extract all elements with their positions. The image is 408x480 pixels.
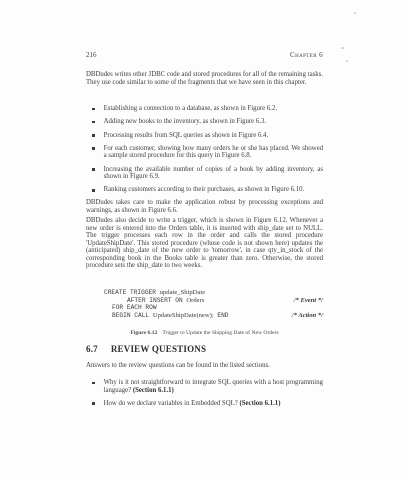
list-item-text: Ranking customers according to their pur…: [104, 186, 323, 194]
code-line: AFTER INSERT ON Orders/* Event */: [86, 297, 323, 305]
section-reference: (Section 6.1.1): [133, 387, 174, 394]
list-item: Establishing a connection to a database,…: [86, 105, 323, 113]
bullet-square-icon: [92, 168, 95, 171]
list-item: Increasing the available number of copie…: [86, 166, 323, 181]
section-title: REVIEW QUESTIONS: [111, 344, 206, 354]
section-reference: (Section 6.1.1): [240, 400, 281, 407]
list-item-text: Processing results from SQL queries as s…: [104, 132, 323, 140]
running-header: 216 Chapter 6: [86, 51, 323, 59]
list-item: Ranking customers according to their pur…: [86, 186, 323, 194]
paragraph-robust: DBDudes takes care to make the applicati…: [86, 199, 323, 214]
bullet-square-icon: [92, 121, 95, 124]
list-item-text: How do we declare variables in Embedded …: [104, 400, 323, 408]
code-listing: CREATE TRIGGER update_ShipDate AFTER INS…: [86, 289, 323, 319]
book-page: 216 Chapter 6 DBDudes writes other JDBC …: [0, 0, 408, 480]
section-heading: 6.7REVIEW QUESTIONS: [86, 344, 323, 354]
code-identifier: UpdateShipDate(new);: [153, 312, 214, 319]
code-comment: /* Action */: [292, 312, 323, 320]
bullet-square-icon: [92, 108, 95, 111]
figure-caption-label: Figure 6.12: [130, 330, 157, 336]
list-item: Processing results from SQL queries as s…: [86, 132, 323, 140]
paragraph-intro: DBDudes writes other JDBC code and store…: [86, 71, 323, 86]
list-item: Adding new books to the inventory, as sh…: [86, 118, 323, 126]
figure-caption: Figure 6.12Trigger to Update the Shippin…: [86, 330, 323, 336]
list-item-text: For each customer, showing how many orde…: [104, 145, 323, 160]
bullet-square-icon: [92, 382, 95, 385]
bullet-square-icon: [92, 402, 95, 405]
figure-caption-text: Trigger to Update the Shipping Date of N…: [162, 330, 278, 336]
list-item-text: Increasing the available number of copie…: [104, 166, 323, 181]
bullet-square-icon: [92, 189, 95, 192]
code-line: CREATE TRIGGER update_ShipDate: [86, 289, 323, 297]
list-item-text: Establishing a connection to a database,…: [104, 105, 323, 113]
paragraph-trigger: DBDudes also decide to write a trigger, …: [86, 217, 323, 270]
code-keyword: AFTER INSERT ON: [127, 297, 183, 304]
scan-speck: [354, 12, 356, 14]
question-text: How do we declare variables in Embedded …: [104, 400, 240, 407]
code-keyword: FOR EACH ROW: [112, 304, 157, 311]
code-comment: /* Event */: [294, 297, 323, 305]
page-number: 216: [86, 51, 97, 59]
list-item: Why is it not straightforward to integra…: [86, 379, 323, 394]
section-number: 6.7: [86, 344, 98, 354]
bullet-square-icon: [92, 134, 95, 137]
list-item: For each customer, showing how many orde…: [86, 145, 323, 160]
bullet-square-icon: [92, 147, 95, 150]
code-line: BEGIN CALL UpdateShipDate(new); END/* Ac…: [86, 312, 323, 320]
code-keyword: BEGIN CALL: [112, 312, 149, 319]
list-item-text: Adding new books to the inventory, as sh…: [104, 118, 323, 126]
paragraph-review-intro: Answers to the review questions can be f…: [86, 362, 323, 370]
code-keyword: END: [217, 312, 228, 319]
list-item: How do we declare variables in Embedded …: [86, 400, 323, 408]
chapter-header: Chapter 6: [290, 51, 323, 59]
code-line: FOR EACH ROW: [86, 304, 323, 312]
code-keyword: CREATE TRIGGER: [104, 289, 156, 296]
code-identifier: update_ShipDate: [160, 289, 205, 296]
code-identifier: Orders: [186, 297, 204, 304]
scan-speck: [341, 47, 344, 49]
list-item-text: Why is it not straightforward to integra…: [104, 379, 323, 394]
task-bullet-list: Establishing a connection to a database,…: [86, 105, 323, 200]
review-bullet-list: Why is it not straightforward to integra…: [86, 379, 323, 413]
scan-speck: [346, 60, 348, 62]
